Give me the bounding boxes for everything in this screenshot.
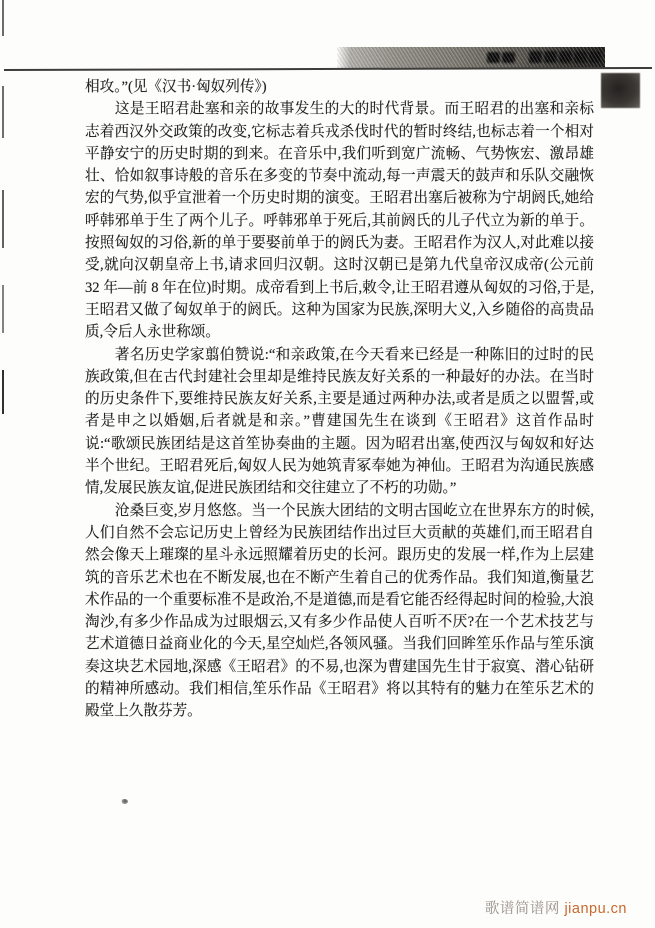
paragraph: 这是王昭君赴塞和亲的故事发生的大的时代背景。而王昭君的出塞和亲标志着西汉外交政策… [85,98,594,343]
scan-edge-line [2,86,4,138]
scan-edge-line [2,0,4,36]
watermark: 歌谱简谱网 jianpu.cn [485,897,627,918]
page-number-smudge-block [601,73,640,108]
header-smudge-glyph [487,52,500,63]
running-header-band [337,47,605,68]
scan-edge-line [2,285,4,333]
header-smudge-glyph [559,51,572,63]
header-smudge-glyph [589,51,601,63]
paragraph: 沧桑巨变,岁月悠悠。当一个民族大团结的文明古国屹立在世界东方的时候,人们自然不会… [85,500,594,723]
body-text: 相攻。”(见《汉书·匈奴列传》) 这是王昭君赴塞和亲的故事发生的大的时代背景。而… [85,76,594,723]
ink-speck-artifact [121,799,128,804]
header-smudge-glyph [574,51,587,63]
header-divider-rule [4,67,652,71]
header-smudge-glyph [529,51,542,63]
scanned-page: 相攻。”(见《汉书·匈奴列传》) 这是王昭君赴塞和亲的故事发生的大的时代背景。而… [0,0,655,928]
header-smudge-glyph [544,51,557,63]
scan-edge-line [2,370,4,414]
watermark-site-url: jianpu.cn [564,901,627,917]
paragraph: 著名历史学家翦伯赞说:“和亲政策,在今天看来已经是一种陈旧的过时的民族政策,但在… [85,344,594,500]
scan-edge-line [2,190,4,248]
paragraph-continuation: 相攻。”(见《汉书·匈奴列传》) [85,76,594,98]
header-smudge-glyph [502,52,515,63]
watermark-site-name: 歌谱简谱网 [485,901,560,917]
